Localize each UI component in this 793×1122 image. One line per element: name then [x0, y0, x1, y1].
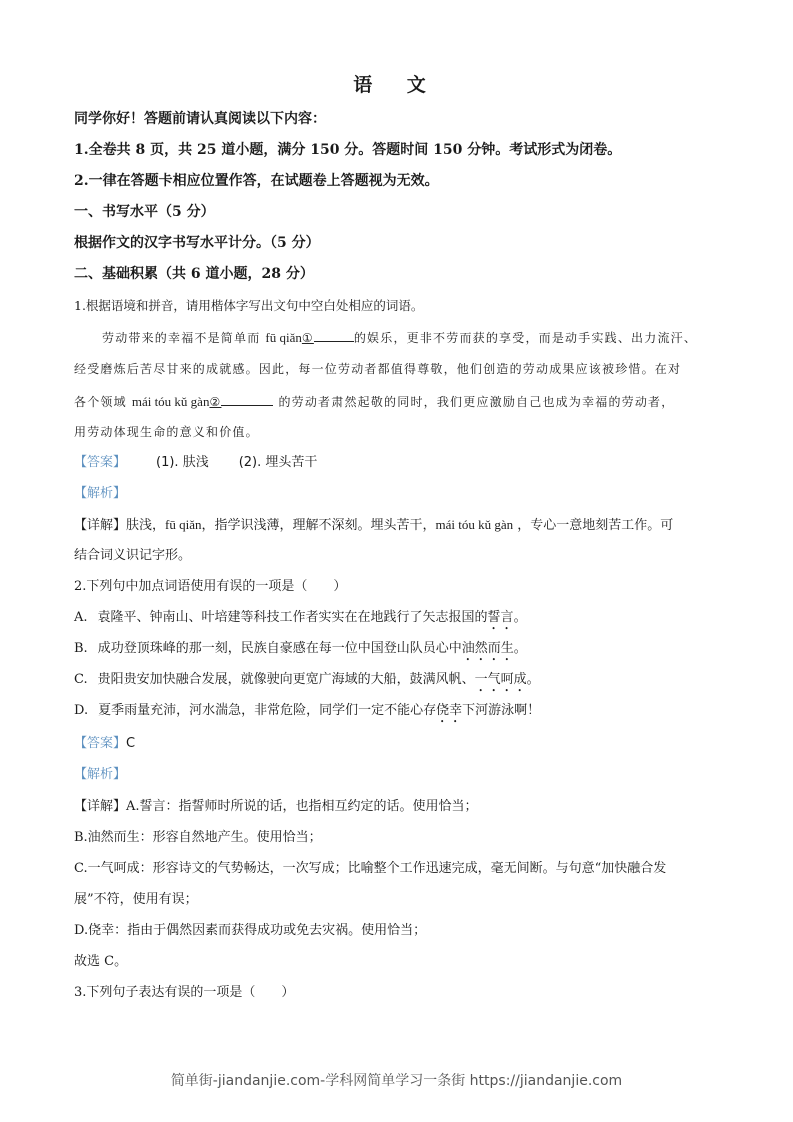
q3-prompt: 3.下列句子表达有误的一项是（ ）: [74, 985, 294, 1001]
detail-label: 【详解】: [74, 799, 126, 814]
q2-answer-row: 【答案】C: [74, 736, 135, 752]
detail-text: ，专心一意地刻苦工作。可: [513, 518, 673, 533]
option-text: 。: [514, 610, 527, 625]
q2-prompt: 2.下列句中加点词语使用有误的一项是（ ）: [74, 579, 346, 595]
option-text: 袁隆平、钟南山、叶培建等科技工作者实实在在地践行了矢志报国的: [98, 610, 488, 625]
pinyin-fuqian: fū qiǎn: [165, 517, 201, 532]
q1-passage-text: 各个领域: [74, 395, 132, 409]
q2-answer: C: [126, 736, 135, 751]
option-text: 。: [527, 672, 540, 687]
q2-option-d: D.夏季雨量充沛，河水湍急，非常危险，同学们一定不能心存侥幸下河游泳啊！: [74, 703, 540, 726]
q1-passage-line-3: 各个领域 mái tóu kǔ gàn② 的劳动者肃然起敬的同时，我们更应激励自…: [74, 393, 674, 410]
footer-watermark: 简单街-jiandanjie.com-学科网简单学习一条街 https://ji…: [0, 1070, 793, 1090]
option-letter: C.: [74, 672, 88, 687]
answer-label: 【答案】: [74, 736, 126, 751]
blank-marker-2: ②: [209, 395, 221, 409]
q1-passage-text: 的娱乐，更非不劳而获的享受，而是动手实践、出力流汗、: [354, 331, 697, 345]
dotted-word: 誓言: [488, 610, 514, 625]
q1-detail-line-1: 【详解】肤浅，fū qiǎn，指学识浅薄，理解不深刻。埋头苦干，mái tóu …: [74, 517, 673, 534]
analysis-label: 【解析】: [74, 486, 126, 502]
note-2: 2.一律在答题卡相应位置作答，在试题卷上答题视为无效。: [74, 173, 439, 189]
option-letter: D.: [74, 703, 88, 718]
q2-detail-c: C.一气呵成：形容诗文的气势畅达，一次写成；比喻整个工作迅速完成，毫无间断。与句…: [74, 861, 666, 877]
note-1: 1.全卷共 8 页，共 25 道小题，满分 150 分。答题时间 150 分钟。…: [74, 142, 621, 158]
greeting: 同学你好！答题前请认真阅读以下内容：: [74, 111, 326, 127]
q2-detail-d: D.侥幸：指由于偶然因素而获得成功或免去灾祸。使用恰当；: [74, 923, 426, 939]
q1-passage-text: 劳动带来的幸福不是简单而: [102, 331, 265, 345]
exam-page: 语 文 同学你好！答题前请认真阅读以下内容： 1.全卷共 8 页，共 25 道小…: [0, 0, 793, 1122]
detail-label: 【详解】: [74, 518, 126, 533]
answer-blank-2: [221, 393, 273, 406]
option-letter: A.: [74, 610, 88, 625]
q2-detail-c-cont: 展”不符，使用有误；: [74, 892, 198, 908]
option-text: 。: [514, 641, 527, 656]
option-text: 贵阳贵安加快融合发展，就像驶向更宽广海域的大船，鼓满风帆、: [98, 672, 475, 687]
q1-passage-text: 的劳动者肃然起敬的同时，我们更应激励自己也成为幸福的劳动者，: [273, 395, 674, 409]
q1-prompt: 1.根据语境和拼音，请用楷体字写出文句中空白处相应的词语。: [74, 298, 423, 314]
detail-text: ，指学识浅薄，理解不深刻。埋头苦干，: [202, 518, 436, 533]
pinyin-fuqian: fū qiǎn: [265, 330, 301, 345]
option-text: 成功登顶珠峰的那一刻，民族自豪感在每一位中国登山队员心中: [98, 641, 462, 656]
dotted-word: 侥幸: [436, 703, 462, 718]
q2-detail-a: 【详解】A.誓言：指誓师时所说的话，也指相互约定的话。使用恰当；: [74, 799, 478, 815]
q2-option-a: A.袁隆平、钟南山、叶培建等科技工作者实实在在地践行了矢志报国的誓言。: [74, 610, 527, 633]
analysis-label: 【解析】: [74, 767, 126, 783]
detail-text: A.誓言：指誓师时所说的话，也指相互约定的话。使用恰当；: [126, 799, 478, 814]
q2-detail-b: B.油然而生：形容自然地产生。使用恰当；: [74, 830, 322, 846]
q1-answer-1: (1). 肤浅: [156, 455, 209, 470]
option-text: 夏季雨量充沛，河水湍急，非常危险，同学们一定不能心存: [98, 703, 436, 718]
q1-answer-2: (2). 埋头苦干: [239, 455, 318, 470]
q2-option-c: C.贵阳贵安加快融合发展，就像驶向更宽广海域的大船，鼓满风帆、一气呵成。: [74, 672, 540, 695]
section-1-heading: 一、书写水平（5 分）: [74, 204, 215, 220]
detail-text: 肤浅，: [126, 518, 165, 533]
answer-blank-1: [314, 329, 354, 342]
q1-answer-row: 【答案】(1). 肤浅(2). 埋头苦干: [74, 455, 317, 471]
answer-label: 【答案】: [74, 455, 126, 470]
q1-detail-line-2: 结合词义识记字形。: [74, 548, 191, 564]
option-text: 下河游泳啊！: [462, 703, 540, 718]
section-2-heading: 二、基础积累（共 6 道小题，28 分）: [74, 266, 314, 282]
page-title: 语 文: [0, 70, 793, 97]
q1-passage-line-4: 用劳动体现生命的意义和价值。: [74, 424, 259, 440]
q2-option-b: B.成功登顶珠峰的那一刻，民族自豪感在每一位中国登山队员心中油然而生。: [74, 641, 527, 664]
q2-conclusion: 故选 C。: [74, 954, 127, 970]
section-1-text: 根据作文的汉字书写水平计分。（5 分）: [74, 235, 320, 251]
pinyin-maitoukugan: mái tóu kǔ gàn: [132, 394, 210, 409]
pinyin-maitoukugan: mái tóu kǔ gàn: [436, 517, 514, 532]
option-letter: B.: [74, 641, 88, 656]
q1-passage-line-2: 经受磨炼后苦尽甘来的成就感。因此，每一位劳动者都值得尊敬，他们创造的劳动成果应该…: [74, 361, 681, 377]
blank-marker-1: ①: [302, 331, 314, 345]
dotted-word: 一气呵成: [475, 672, 527, 687]
dotted-word: 油然而生: [462, 641, 514, 656]
q1-passage-line-1: 劳动带来的幸福不是简单而 fū qiǎn①的娱乐，更非不劳而获的享受，而是动手实…: [102, 329, 697, 346]
